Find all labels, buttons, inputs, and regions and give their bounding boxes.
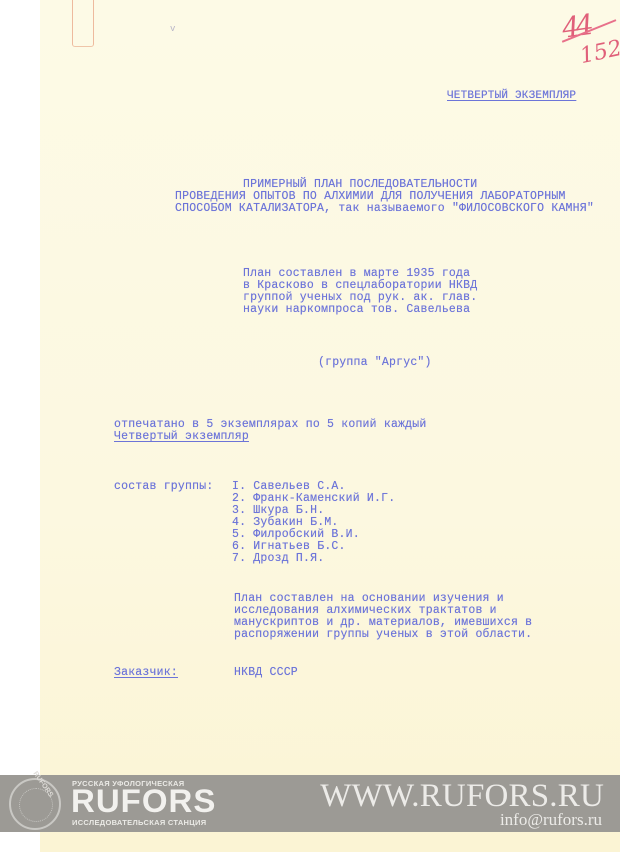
margin-mark	[72, 0, 94, 47]
banner-brand: RUFORS	[71, 784, 216, 817]
plan-info-line: науки наркомпроса тов. Савельева	[243, 304, 470, 317]
group-name: (группа "Аргус")	[318, 357, 432, 370]
group-label: состав группы:	[114, 481, 213, 494]
copy-label: Четвертый экземпляр	[114, 431, 249, 444]
member-item: 7. Дрозд П.Я.	[232, 553, 324, 566]
title-line-3: СПОСОБОМ КАТАЛИЗАТОРА, так называемого "…	[175, 203, 594, 216]
customer-value: НКВД СССР	[234, 667, 298, 680]
rufors-banner: RUFORS РУССКАЯ УФОЛОГИЧЕСКАЯ RUFORS ИССЛ…	[0, 775, 620, 832]
customer-label: Заказчик:	[114, 667, 178, 680]
banner-url-link[interactable]: WWW.RUFORS.RU	[320, 778, 604, 814]
banner-email-link[interactable]: info@rufors.ru	[500, 811, 602, 829]
copy-label-top: ЧЕТВЕРТЫЙ ЭКЗЕМПЛЯР	[447, 90, 576, 103]
margin-mark: v	[170, 24, 175, 34]
banner-subtitle-bottom: ИССЛЕДОВАТЕЛЬСКАЯ СТАНЦИЯ	[72, 818, 206, 827]
rufors-seal-icon	[9, 778, 61, 830]
basis-line: распоряжении группы ученых в этой област…	[234, 629, 532, 642]
